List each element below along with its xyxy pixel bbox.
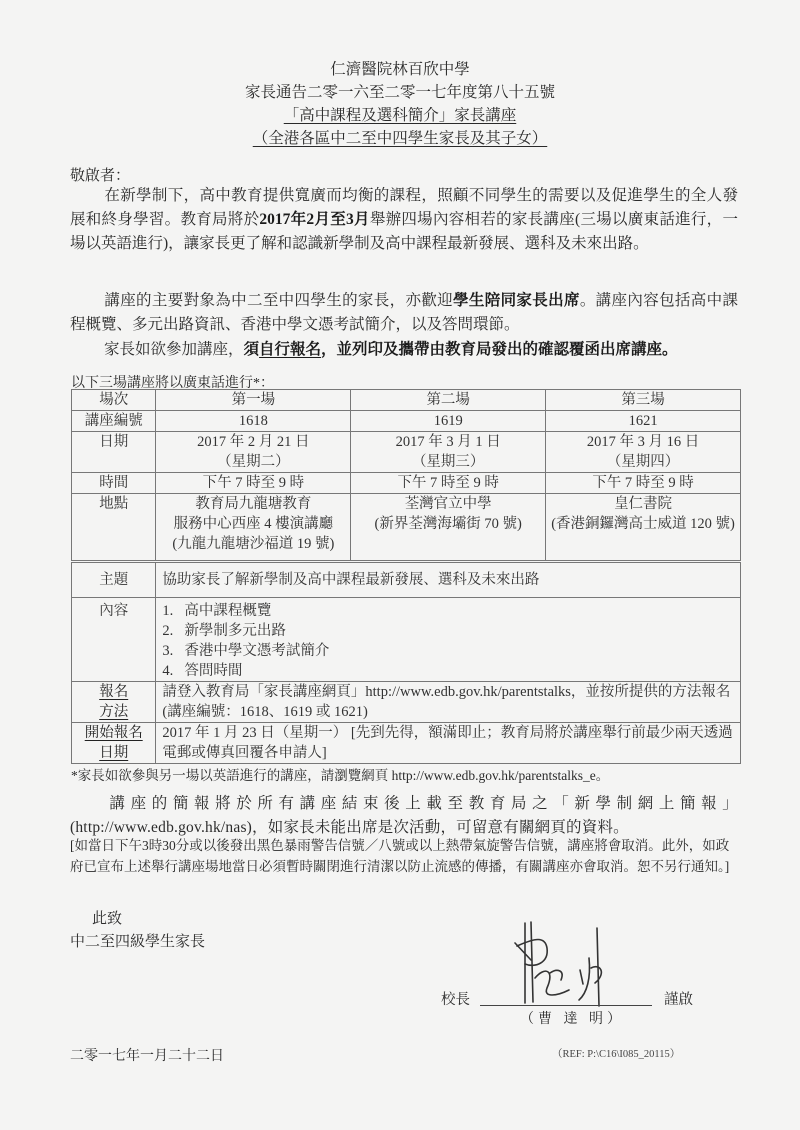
- label-time: 時間: [72, 473, 156, 494]
- label-registration-method: 報名方法: [72, 682, 156, 723]
- session-3-name: 第三場: [546, 390, 741, 411]
- session-1-venue: 教育局九龍塘教育服務中心西座 4 樓演講廳(九龍九龍塘沙福道 19 號): [156, 494, 351, 562]
- notice-header: 仁濟醫院林百欣中學 家長通告二零一六至二零一七年度第八十五號 「高中課程及選科簡…: [0, 58, 800, 150]
- english-session-footnote: *家長如欲參與另一場以英語進行的講座，請瀏覽網頁 http://www.edb.…: [71, 764, 609, 784]
- addressee: 中二至四級學生家長: [70, 930, 205, 951]
- para3-text: 家長如欲參加講座，: [104, 341, 244, 358]
- weekday-text: （星期三）: [355, 452, 541, 472]
- session-3-code: 1621: [546, 411, 741, 432]
- label-line: 開始報名: [76, 723, 151, 743]
- table-row: 日期 2017 年 2 月 21 日（星期二） 2017 年 3 月 1 日（星…: [72, 432, 741, 473]
- closing-line: 此致: [92, 907, 122, 928]
- para2-bold: 學生陪同家長出席: [453, 292, 580, 309]
- session-3-venue: 皇仁書院(香港銅鑼灣高士威道 120 號): [546, 494, 741, 562]
- list-item: 4.答問時間: [162, 661, 736, 681]
- paragraph-intro: 在新學制下，高中教育提供寬廣而均衡的課程，照顧不同學生的需要以及促進學生的全人發…: [70, 184, 738, 256]
- paragraph-registration: 家長如欲參加講座，須自行報名，並列印及攜帶由教育局發出的確認覆函出席講座。: [70, 338, 738, 362]
- parent-notice-page: 仁濟醫院林百欣中學 家長通告二零一六至二零一七年度第八十五號 「高中課程及選科簡…: [0, 0, 800, 1130]
- weekday-text: （星期四）: [550, 452, 736, 472]
- notice-title: 「高中課程及選科簡介」家長講座: [0, 104, 800, 127]
- venue-line: (新界荃灣海壩街 70 號): [355, 514, 541, 534]
- self-register-emphasis: 自行報名: [259, 341, 321, 358]
- registration-start-value: 2017 年 1 月 23 日（星期一） [先到先得，額滿即止；教育局將於講座舉…: [156, 723, 741, 764]
- session-2-code: 1619: [351, 411, 546, 432]
- session-1-code: 1618: [156, 411, 351, 432]
- salutation: 敬啟者：: [70, 164, 130, 185]
- paragraph-audience: 講座的主要對象為中二至中四學生的家長，亦歡迎學生陪同家長出席。講座內容包括高中課…: [70, 289, 738, 337]
- venue-line: 皇仁書院: [550, 494, 736, 514]
- signature-line: [480, 1005, 652, 1006]
- label-content: 內容: [72, 598, 156, 682]
- talk-schedule-table: 場次 第一場 第二場 第三場 講座編號 1618 1619 1621 日期 20…: [71, 389, 741, 764]
- principal-title: 校長: [441, 988, 470, 1009]
- content-list: 1.高中課程概覽 2.新學制多元出路 3.香港中學文憑考試簡介 4.答問時間: [156, 598, 741, 682]
- label-date: 日期: [72, 432, 156, 473]
- label-theme: 主題: [72, 562, 156, 598]
- list-item: 1.高中課程概覽: [162, 601, 736, 621]
- session-1-name: 第一場: [156, 390, 351, 411]
- list-number: 1.: [162, 601, 184, 621]
- weather-cancellation-notice: [如當日下午3時30分或以後發出黑色暴雨警告信號／八號或以上熱帶氣旋警告信號，講…: [70, 835, 738, 877]
- table-row: 時間 下午 7 時至 9 時 下午 7 時至 9 時 下午 7 時至 9 時: [72, 473, 741, 494]
- venue-line: 教育局九龍塘教育: [160, 494, 346, 514]
- signature-closing: 謹啟: [664, 988, 693, 1009]
- table-row: 開始報名日期 2017 年 1 月 23 日（星期一） [先到先得，額滿即止；教…: [72, 723, 741, 764]
- paragraph-presentation: 講座的簡報將於所有講座結束後上載至教育局之「新學制網上簡報」(http://ww…: [70, 792, 738, 840]
- venue-line: (香港銅鑼灣高士威道 120 號): [550, 514, 736, 534]
- para2-text: 講座的主要對象為中二至中四學生的家長，亦歡迎: [104, 292, 453, 309]
- school-name: 仁濟醫院林百欣中學: [0, 58, 800, 81]
- list-text: 香港中學文憑考試簡介: [184, 643, 329, 659]
- principal-name: （曹 達 明）: [520, 1008, 625, 1028]
- table-row: 講座編號 1618 1619 1621: [72, 411, 741, 432]
- para4-text: 講座的簡報將於所有講座結束後上載至教育局之「新學制網上簡報」(http://ww…: [70, 795, 738, 836]
- para3-bold: 須: [244, 341, 260, 358]
- session-3-date: 2017 年 3 月 16 日（星期四）: [546, 432, 741, 473]
- table-row: 主題 協助家長了解新學制及高中課程最新發展、選科及未來出路: [72, 562, 741, 598]
- session-3-time: 下午 7 時至 9 時: [546, 473, 741, 494]
- session-1-time: 下午 7 時至 9 時: [156, 473, 351, 494]
- session-2-date: 2017 年 3 月 1 日（星期三）: [351, 432, 546, 473]
- venue-line: 荃灣官立中學: [355, 494, 541, 514]
- table-row: 內容 1.高中課程概覽 2.新學制多元出路 3.香港中學文憑考試簡介 4.答問時…: [72, 598, 741, 682]
- list-number: 3.: [162, 641, 184, 661]
- label-session: 場次: [72, 390, 156, 411]
- date-text: 2017 年 3 月 1 日: [355, 432, 541, 452]
- registration-method-value: 請登入教育局「家長講座網頁」http://www.edb.gov.hk/pare…: [156, 682, 741, 723]
- list-number: 2.: [162, 621, 184, 641]
- venue-line: (九龍九龍塘沙福道 19 號): [160, 534, 346, 554]
- session-2-time: 下午 7 時至 9 時: [351, 473, 546, 494]
- notice-subtitle: （全港各區中二至中四學生家長及其子女）: [0, 127, 800, 150]
- para3-bold-end: ，並列印及攜帶由教育局發出的確認覆函出席講座。: [321, 341, 678, 358]
- label-line: 方法: [76, 702, 151, 722]
- date-text: 2017 年 2 月 21 日: [160, 432, 346, 452]
- principal-signature: [495, 918, 635, 1010]
- label-code: 講座編號: [72, 411, 156, 432]
- list-item: 3.香港中學文憑考試簡介: [162, 641, 736, 661]
- session-2-venue: 荃灣官立中學(新界荃灣海壩街 70 號): [351, 494, 546, 562]
- label-line: 報名: [76, 682, 151, 702]
- reference-code: （REF: P:\C16\I085_20115）: [552, 1046, 680, 1061]
- session-1-date: 2017 年 2 月 21 日（星期二）: [156, 432, 351, 473]
- para1-bold-dates: 2017年2月至3月: [259, 211, 369, 228]
- list-text: 高中課程概覽: [184, 603, 271, 619]
- list-item: 2.新學制多元出路: [162, 621, 736, 641]
- table-row: 場次 第一場 第二場 第三場: [72, 390, 741, 411]
- session-2-name: 第二場: [351, 390, 546, 411]
- table-row: 地點 教育局九龍塘教育服務中心西座 4 樓演講廳(九龍九龍塘沙福道 19 號) …: [72, 494, 741, 562]
- weekday-text: （星期二）: [160, 452, 346, 472]
- date-text: 2017 年 3 月 16 日: [550, 432, 736, 452]
- label-line: 日期: [76, 743, 151, 763]
- label-venue: 地點: [72, 494, 156, 562]
- table-row: 報名方法 請登入教育局「家長講座網頁」http://www.edb.gov.hk…: [72, 682, 741, 723]
- list-text: 答問時間: [184, 663, 242, 679]
- notice-date: 二零一七年一月二十二日: [70, 1045, 224, 1065]
- venue-line: 服務中心西座 4 樓演講廳: [160, 514, 346, 534]
- notice-number: 家長通告二零一六至二零一七年度第八十五號: [0, 81, 800, 104]
- label-registration-start: 開始報名日期: [72, 723, 156, 764]
- theme-value: 協助家長了解新學制及高中課程最新發展、選科及未來出路: [156, 562, 741, 598]
- list-number: 4.: [162, 661, 184, 681]
- list-text: 新學制多元出路: [184, 623, 286, 639]
